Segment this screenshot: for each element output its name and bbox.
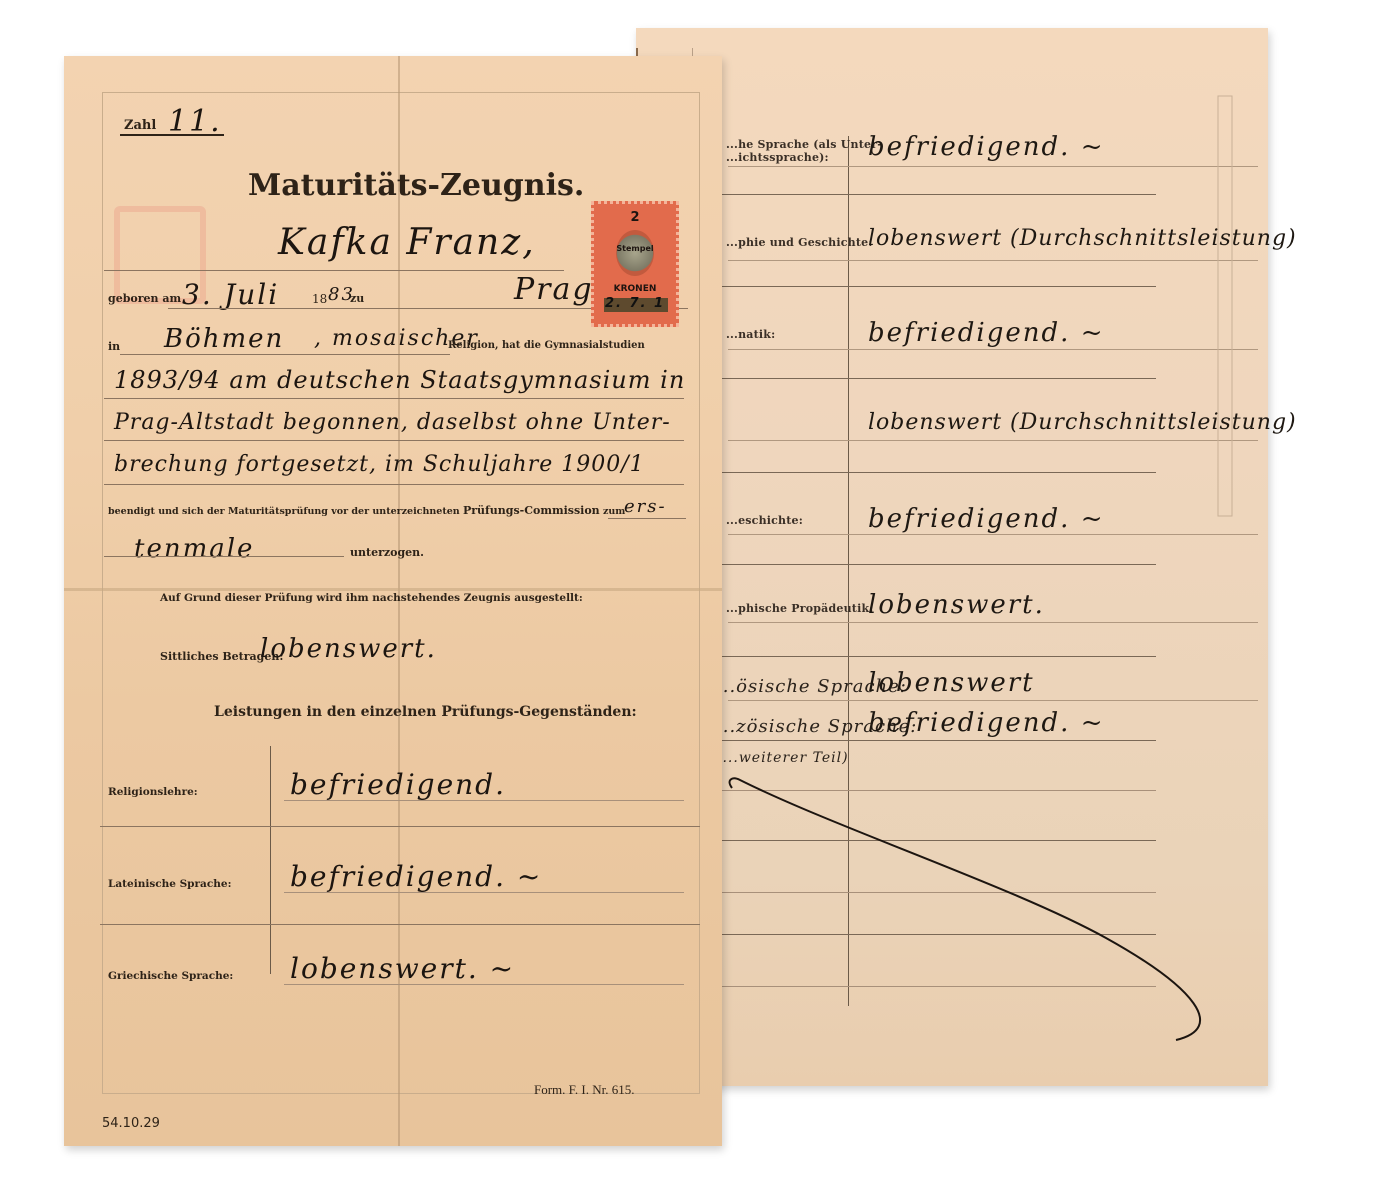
archive-number: 54.10.29	[102, 1116, 160, 1131]
left-page: Zahl 11. Maturitäts-Zeugnis. Kafka Franz…	[64, 56, 722, 1146]
cancellation-stroke-icon	[636, 28, 1268, 1086]
page-fold-horizontal	[64, 588, 722, 591]
stamp-medallion-icon	[616, 230, 654, 276]
betragen-value: lobenswert.	[260, 634, 437, 664]
unterzogen-label: unterzogen.	[350, 546, 424, 559]
writing-line	[284, 800, 684, 801]
study-line-1: 1893/94 am deutschen Staatsgymnasium in	[114, 366, 685, 394]
writing-line	[104, 556, 344, 557]
subject-label: Griechische Sprache:	[108, 970, 233, 982]
writing-line	[284, 984, 684, 985]
in-label: in	[108, 340, 120, 353]
page-title: Maturitäts-Zeugnis.	[248, 168, 584, 203]
birth-place: Prag	[514, 272, 594, 307]
tax-stamp-icon: 2 Stempel KRONEN 2. 7. 1	[591, 201, 679, 327]
row-separator	[100, 924, 700, 925]
region-value: Böhmen	[164, 324, 284, 354]
zahl-label: Zahl	[124, 118, 156, 133]
subject-label: Religionslehre:	[108, 786, 198, 798]
writing-line	[284, 892, 684, 893]
leistungen-heading: Leistungen in den einzelnen Prüfungs-Geg…	[214, 704, 637, 720]
writing-line	[608, 518, 686, 519]
grund-text: Auf Grund dieser Prüfung wird ihm nachst…	[160, 592, 583, 604]
stamp-value: 2	[594, 210, 676, 225]
right-page: ...he Sprache (als Unter- ...ichtssprach…	[636, 28, 1268, 1086]
stamp-currency: KRONEN	[594, 284, 676, 294]
subject-grade: lobenswert. ~	[290, 952, 515, 985]
beendigt-text: beendigt und sich der Maturitätsprüfung …	[108, 504, 625, 517]
writing-line	[104, 398, 684, 399]
birth-year-prefix: 18	[312, 292, 327, 306]
writing-line	[104, 440, 684, 441]
zu-label: zu	[350, 292, 364, 305]
subject-label: Lateinische Sprache:	[108, 878, 231, 890]
geboren-label: geboren am	[108, 292, 181, 305]
table-divider	[270, 746, 271, 974]
stamp-word: Stempel	[594, 244, 676, 253]
zum-value: ers-	[624, 496, 667, 517]
row-separator	[100, 826, 700, 827]
writing-line	[104, 270, 564, 271]
study-line-3: brechung fortgesetzt, im Schuljahre 1900…	[114, 452, 645, 477]
subject-grade: befriedigend.	[290, 768, 506, 801]
birth-day: 3.	[182, 278, 213, 311]
religion-label: Religion, hat die Gymnasialstudien	[448, 340, 645, 351]
form-number: Form. F. I. Nr. 615.	[534, 1082, 634, 1098]
writing-line	[120, 354, 450, 355]
termin-value: tenmale	[134, 534, 254, 564]
study-line-2: Prag-Altstadt begonnen, daselbst ohne Un…	[114, 410, 671, 435]
student-name: Kafka Franz,	[278, 222, 536, 263]
birth-month: Juli	[224, 278, 279, 311]
subject-grade: befriedigend. ~	[290, 860, 542, 893]
zahl-underline	[120, 134, 224, 136]
stamp-cancel: 2. 7. 1	[594, 296, 676, 311]
writing-line	[104, 484, 684, 485]
